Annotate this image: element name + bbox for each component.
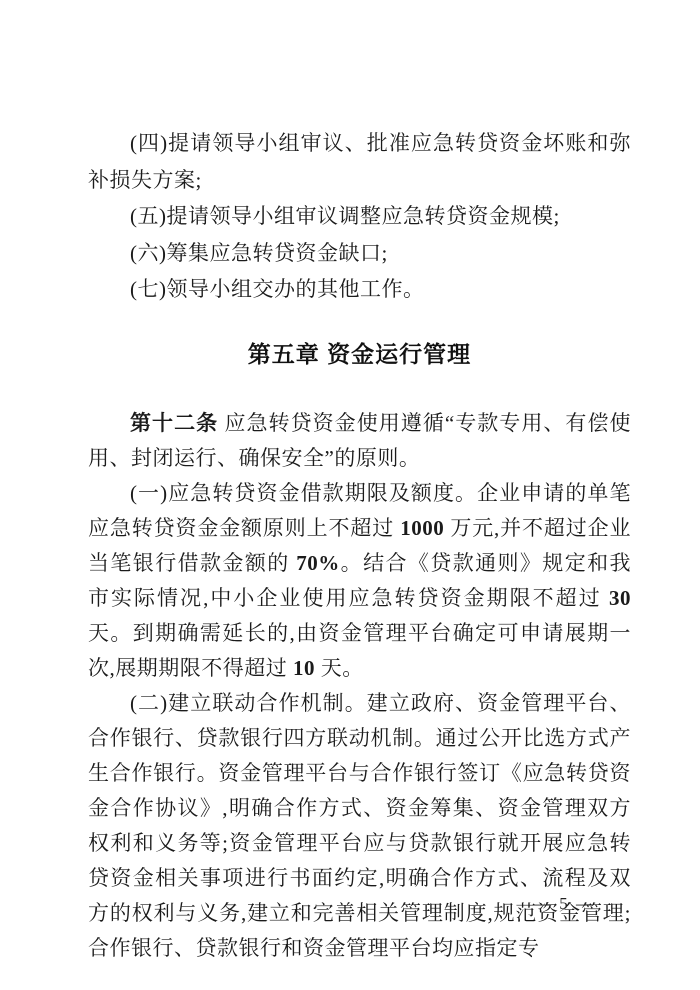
paragraph-list-item-6: (六)筹集应急转贷资金缺口; [88, 235, 631, 272]
text-run: (五)提请领导小组审议调整应急转贷资金规模; [130, 204, 560, 228]
bold-text-run: 第十二条 [130, 411, 218, 435]
text-run: (六)筹集应急转贷资金缺口; [130, 241, 388, 265]
bold-text-run: 第五章 资金运行管理 [248, 341, 471, 367]
document-page: (四)提请领导小组审议、批准应急转贷资金坏账和弥补损失方案;(五)提请领导小组审… [0, 0, 700, 990]
text-run: (四)提请领导小组审议、批准应急转贷资金坏账和弥补损失方案; [88, 131, 631, 192]
paragraph-article-12-item-2: (二)建立联动合作机制。建立政府、资金管理平台、合作银行、贷款银行四方联动机制。… [88, 686, 631, 966]
bold-text-run: 1000 [400, 516, 444, 540]
paragraph-article-12: 第十二条 应急转贷资金使用遵循“专款专用、有偿使用、封闭运行、确保安全”的原则。 [88, 406, 631, 476]
text-run: (七)领导小组交办的其他工作。 [130, 277, 425, 301]
text-run: (二)建立联动合作机制。建立政府、资金管理平台、合作银行、贷款银行四方联动机制。… [88, 691, 631, 960]
paragraph-list-item-4: (四)提请领导小组审议、批准应急转贷资金坏账和弥补损失方案; [88, 125, 631, 198]
chapter-heading: 第五章 资金运行管理 [88, 336, 631, 372]
paragraph-article-12-item-1: (一)应急转贷资金借款期限及额度。企业申请的单笔应急转贷资金金额原则上不超过 1… [88, 476, 631, 686]
bold-text-run: 70% [296, 551, 340, 575]
document-body: (四)提请领导小组审议、批准应急转贷资金坏账和弥补损失方案;(五)提请领导小组审… [88, 125, 631, 966]
page-number: — 5 — [534, 894, 595, 914]
paragraph-list-item-5: (五)提请领导小组审议调整应急转贷资金规模; [88, 198, 631, 235]
text-run: 天。 [315, 656, 364, 680]
bold-text-run: 30 [609, 586, 631, 610]
paragraph-list-item-7: (七)领导小组交办的其他工作。 [88, 271, 631, 308]
bold-text-run: 10 [293, 656, 315, 680]
